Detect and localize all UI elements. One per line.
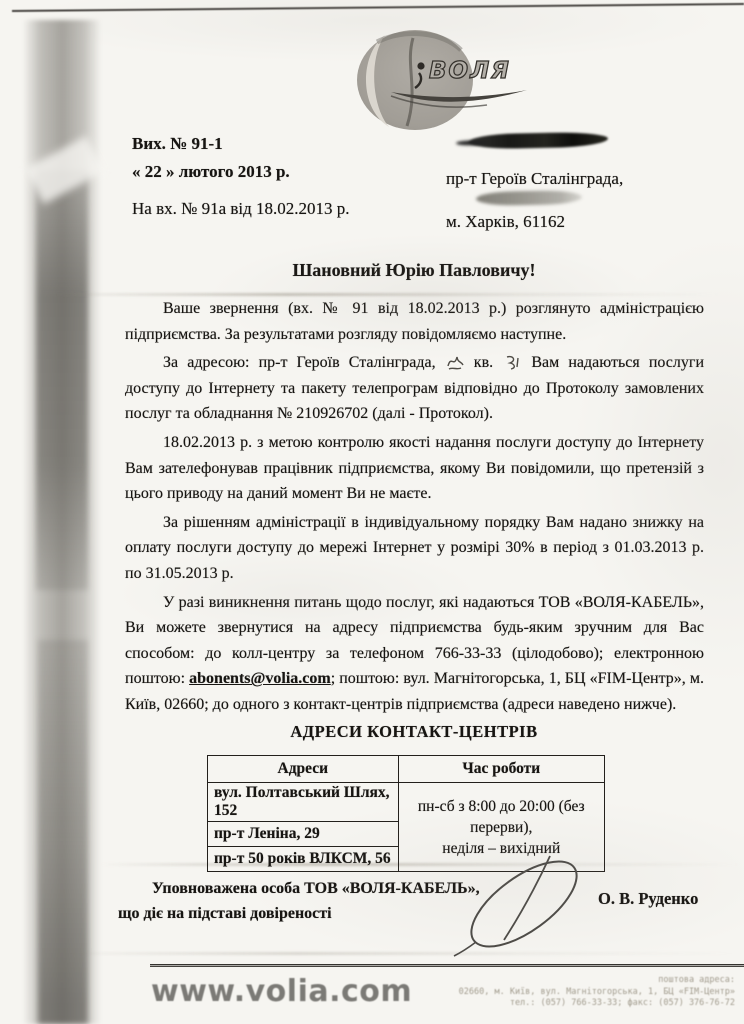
- table-row: вул. Полтавський Шлях, 152 пн-сб з 8:00 …: [208, 783, 605, 822]
- support-email: abonents@volia.com: [189, 670, 331, 687]
- handwritten-signature: [446, 848, 602, 962]
- paragraph-5: У разі виникнення питань щодо послуг, як…: [125, 590, 704, 718]
- handwritten-scribble-icon: [502, 353, 522, 371]
- recipient-street: пр-т Героїв Сталінграда,: [446, 169, 623, 189]
- paper-crease: [60, 952, 740, 955]
- paragraph-1: Ваше звернення (вх. № 91 від 18.02.2013 …: [125, 296, 704, 347]
- volia-logo: ВОЛЯ: [345, 26, 533, 136]
- table-header-row: Адреси Час роботи: [208, 756, 605, 783]
- recipient-city: м. Харків, 61162: [446, 212, 565, 232]
- handwritten-scribble-icon: [445, 353, 465, 371]
- letter-body: Ваше звернення (вх. № 91 від 18.02.2013 …: [125, 296, 704, 721]
- footer-postal-address: 02660, м. Київ, вул. Магнітогорська, 1, …: [435, 987, 735, 999]
- signatory-title-line-2: що діє на підставі довіреності: [118, 901, 480, 926]
- paragraph-3: 18.02.2013 р. з метою контролю якості на…: [125, 430, 704, 507]
- scan-top-edge-line: [12, 3, 744, 12]
- paragraph-2: За адресою: пр-т Героїв Сталінграда, кв.…: [125, 350, 704, 427]
- column-header-addresses: Адреси: [208, 756, 399, 783]
- incoming-reference: На вх. № 91а від 18.02.2013 р.: [132, 195, 350, 223]
- contact-table-title: АДРЕСИ КОНТАКТ-ЦЕНТРІВ: [125, 722, 703, 742]
- footer-phone-fax: тел.: (057) 766-33-33; факс: (057) 376-7…: [435, 998, 735, 1010]
- footer-contact-info: поштова адреса: 02660, м. Київ, вул. Маг…: [435, 975, 735, 1010]
- hours-line-1: пн-сб з 8:00 до 20:00 (без перерви),: [405, 796, 598, 838]
- signatory-title: Уповноважена особа ТОВ «ВОЛЯ-КАБЕЛЬ», що…: [118, 876, 480, 926]
- paragraph-4: За рішенням адміністрації в індивідуальн…: [125, 510, 704, 587]
- redacted-recipient-detail: [476, 190, 582, 206]
- address-cell-2: пр-т Леніна, 29: [208, 822, 399, 847]
- footer-website: www.volia.com: [151, 974, 412, 1009]
- footer-divider: [150, 964, 744, 967]
- address-cell-1: вул. Полтавський Шлях, 152: [208, 783, 399, 822]
- footer-postal-label: поштова адреса:: [435, 975, 735, 987]
- address-cell-3: пр-т 50 років ВЛКСМ, 56: [208, 847, 399, 872]
- scan-shadow-band-dark: [36, 170, 88, 590]
- outgoing-number: Вих. № 91-1: [132, 130, 350, 158]
- reference-block: Вих. № 91-1 « 22 » лютого 2013 р. На вх.…: [132, 130, 350, 223]
- paragraph-2-lead: За адресою: пр-т Героїв Сталінграда,: [163, 354, 436, 371]
- signatory-title-line-1: Уповноважена особа ТОВ «ВОЛЯ-КАБЕЛЬ»,: [118, 876, 480, 901]
- signatory-name: О. В. Руденко: [598, 889, 698, 909]
- scan-shadow-band-lower: [38, 640, 88, 1024]
- logo-brand-text: ВОЛЯ: [429, 58, 511, 84]
- scanned-letter-page: ВОЛЯ Вих. № 91-1 « 22 » лютого 2013 р. Н…: [0, 0, 744, 1024]
- paragraph-2-kv: кв.: [474, 354, 493, 371]
- column-header-hours: Час роботи: [398, 756, 604, 783]
- letter-date: « 22 » лютого 2013 р.: [132, 158, 350, 186]
- salutation: Шановний Юрію Павловичу!: [125, 260, 703, 281]
